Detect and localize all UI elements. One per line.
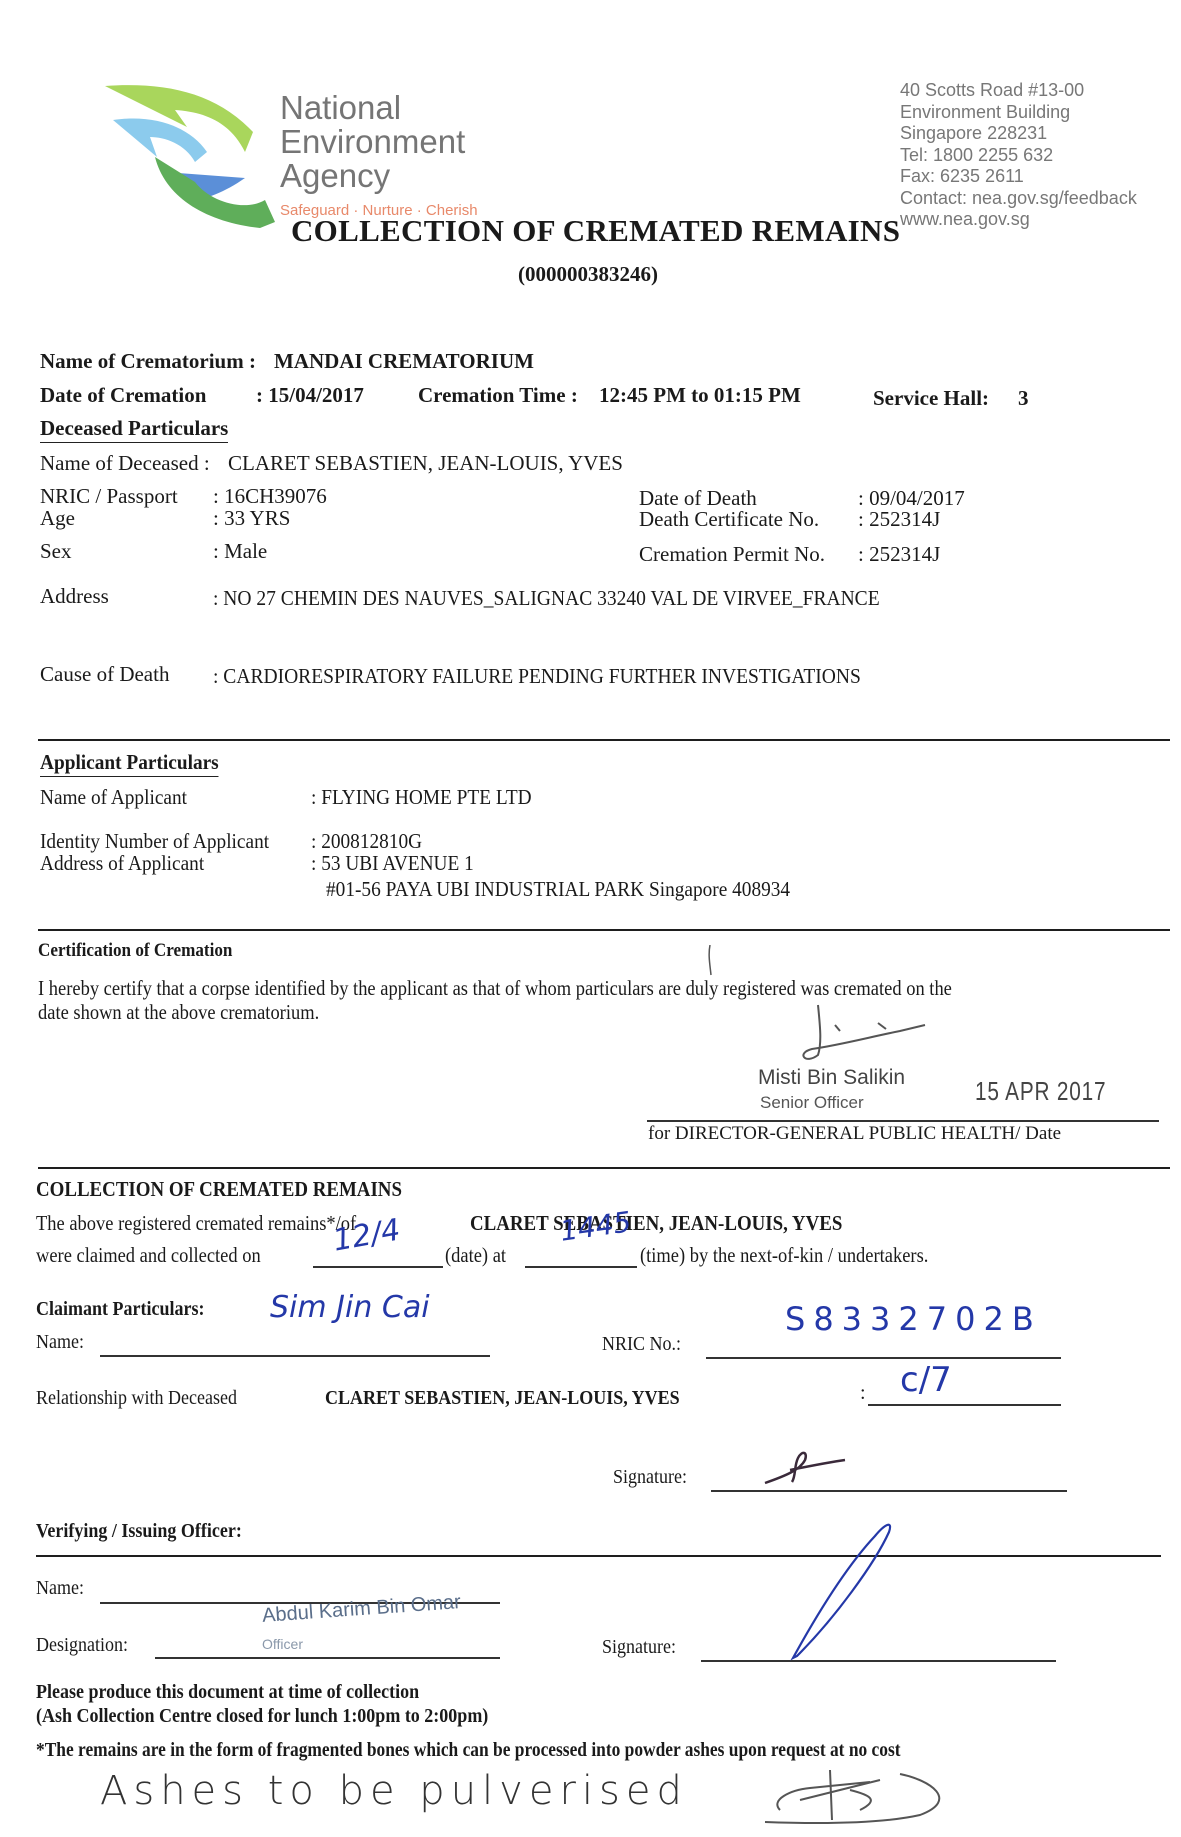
sex-label: Sex: [40, 539, 72, 564]
officer-name-label: Name:: [36, 1577, 84, 1600]
contact-postal-line: Singapore 228231: [900, 123, 1137, 145]
claimant-name-label: Name:: [36, 1331, 84, 1354]
certification-date-stamp: 15 APR 2017: [975, 1076, 1106, 1107]
certification-section-title: Certification of Cremation: [38, 940, 232, 962]
crematorium-value: MANDAI CREMATORIUM: [274, 349, 534, 374]
footer-notice-lunch: (Ash Collection Centre closed for lunch …: [36, 1705, 488, 1728]
cause-of-death-value: : CARDIORESPIRATORY FAILURE PENDING FURT…: [213, 664, 861, 689]
cremation-time-value: 12:45 PM to 01:15 PM: [599, 383, 801, 408]
section-divider: [38, 739, 1170, 741]
cremation-time-label: Cremation Time :: [418, 383, 578, 408]
cremation-date-value: : 15/04/2017: [256, 383, 364, 408]
applicant-address-line2: #01-56 PAYA UBI INDUSTRIAL PARK Singapor…: [326, 877, 790, 902]
cause-of-death-label: Cause of Death: [40, 662, 169, 687]
agency-name-line-1: National: [280, 90, 401, 126]
certification-text-line2: date shown at the above crematorium.: [38, 1000, 319, 1025]
death-cert-value: : 252314J: [858, 507, 940, 532]
section-divider: [36, 1555, 1161, 1557]
cremation-date-label: Date of Cremation: [40, 383, 206, 408]
handwritten-relationship: c/7: [900, 1360, 952, 1400]
contact-tel-line: Tel: 1800 2255 632: [900, 145, 1137, 167]
footer-notice-remains: *The remains are in the form of fragment…: [36, 1739, 901, 1762]
claimant-section-title: Claimant Particulars:: [36, 1298, 204, 1321]
contact-feedback-link[interactable]: Contact: nea.gov.sg/feedback: [900, 188, 1137, 210]
age-label: Age: [40, 506, 75, 531]
deceased-section-title: Deceased Particulars: [40, 416, 228, 443]
service-hall-value: 3: [1018, 386, 1029, 411]
certification-signature-line: [647, 1120, 1159, 1122]
cremation-permit-value: : 252314J: [858, 542, 940, 567]
handwritten-claimant-nric: S8332702B: [785, 1300, 1042, 1338]
applicant-name-value: : FLYING HOME PTE LTD: [311, 785, 532, 810]
certification-signature-caption: for DIRECTOR-GENERAL PUBLIC HEALTH/ Date: [648, 1123, 1061, 1145]
handwritten-pulverise-note: Ashes to be pulverised: [100, 1768, 688, 1814]
claimant-signature-icon: [760, 1448, 850, 1488]
age-value: : 33 YRS: [213, 506, 290, 531]
sex-value: : Male: [213, 539, 267, 564]
agency-contact-block: 40 Scotts Road #13-00 Environment Buildi…: [900, 80, 1137, 231]
certifying-officer-title: Senior Officer: [760, 1093, 864, 1113]
relationship-deceased-name: CLARET SEBASTIEN, JEAN-LOUIS, YVES: [325, 1387, 680, 1410]
applicant-section-title: Applicant Particulars: [40, 750, 219, 777]
claimant-name-field[interactable]: [100, 1355, 490, 1357]
officer-section-title: Verifying / Issuing Officer:: [36, 1520, 242, 1543]
collection-time-field[interactable]: [525, 1266, 637, 1268]
relationship-colon: :: [860, 1382, 866, 1405]
certifying-officer-name: Misti Bin Salikin: [758, 1066, 905, 1090]
claimant-signature-field[interactable]: [711, 1490, 1067, 1492]
claimant-signature-label: Signature:: [613, 1466, 687, 1489]
applicant-address-line1: : 53 UBI AVENUE 1: [311, 851, 474, 876]
officer-designation-stamp: Officer: [262, 1636, 303, 1652]
claimant-nric-label: NRIC No.:: [602, 1333, 681, 1356]
applicant-address-label: Address of Applicant: [40, 851, 204, 876]
nea-swirl-logo-icon: [95, 82, 285, 232]
handwritten-claimant-name: Sim Jin Cai: [270, 1290, 430, 1325]
collection-time-suffix: (time) by the next-of-kin / undertakers.: [640, 1243, 928, 1268]
address-label: Address: [40, 584, 109, 609]
claimant-nric-field[interactable]: [706, 1357, 1061, 1359]
service-hall-label: Service Hall:: [873, 386, 989, 411]
agency-name-line-3: Agency: [280, 158, 390, 194]
deceased-name-label: Name of Deceased :: [40, 451, 210, 476]
section-divider: [38, 1167, 1170, 1169]
contact-website-link[interactable]: www.nea.gov.sg: [900, 209, 1137, 231]
death-cert-label: Death Certificate No.: [639, 507, 819, 532]
contact-fax-line: Fax: 6235 2611: [900, 166, 1137, 188]
relationship-field[interactable]: [868, 1404, 1061, 1406]
crematorium-label: Name of Crematorium :: [40, 349, 256, 374]
document-title: COLLECTION OF CREMATED REMAINS: [291, 213, 900, 249]
deceased-name-value: CLARET SEBASTIEN, JEAN-LOUIS, YVES: [228, 451, 623, 476]
document-number: (000000383246): [518, 262, 658, 287]
certifying-officer-signature-icon: [700, 945, 1000, 1065]
contact-building-line: Environment Building: [900, 102, 1137, 124]
applicant-name-label: Name of Applicant: [40, 785, 187, 810]
officer-designation-field[interactable]: [155, 1657, 500, 1659]
footer-signature-icon: [760, 1760, 990, 1830]
agency-name-line-2: Environment: [280, 124, 465, 160]
officer-designation-label: Designation:: [36, 1634, 128, 1657]
cremation-permit-label: Cremation Permit No.: [639, 542, 825, 567]
collection-section-title: COLLECTION OF CREMATED REMAINS: [36, 1177, 402, 1202]
officer-signature-icon: [785, 1518, 925, 1663]
address-value: : NO 27 CHEMIN DES NAUVES_SALIGNAC 33240…: [213, 586, 880, 611]
collection-line2-prefix: were claimed and collected on: [36, 1243, 261, 1268]
collection-date-suffix: (date) at: [445, 1243, 506, 1268]
contact-address-line: 40 Scotts Road #13-00: [900, 80, 1137, 102]
officer-name-stamp: Abdul Karim Bin Omar: [261, 1591, 461, 1628]
relationship-label: Relationship with Deceased: [36, 1387, 237, 1410]
section-divider: [38, 929, 1170, 931]
collection-deceased-name: CLARET SEBASTIEN, JEAN-LOUIS, YVES: [470, 1211, 842, 1236]
officer-signature-label: Signature:: [602, 1636, 676, 1659]
footer-notice-produce: Please produce this document at time of …: [36, 1681, 419, 1704]
collection-line1-prefix: The above registered cremated remains*/o…: [36, 1211, 356, 1236]
collection-date-field[interactable]: [313, 1266, 443, 1268]
